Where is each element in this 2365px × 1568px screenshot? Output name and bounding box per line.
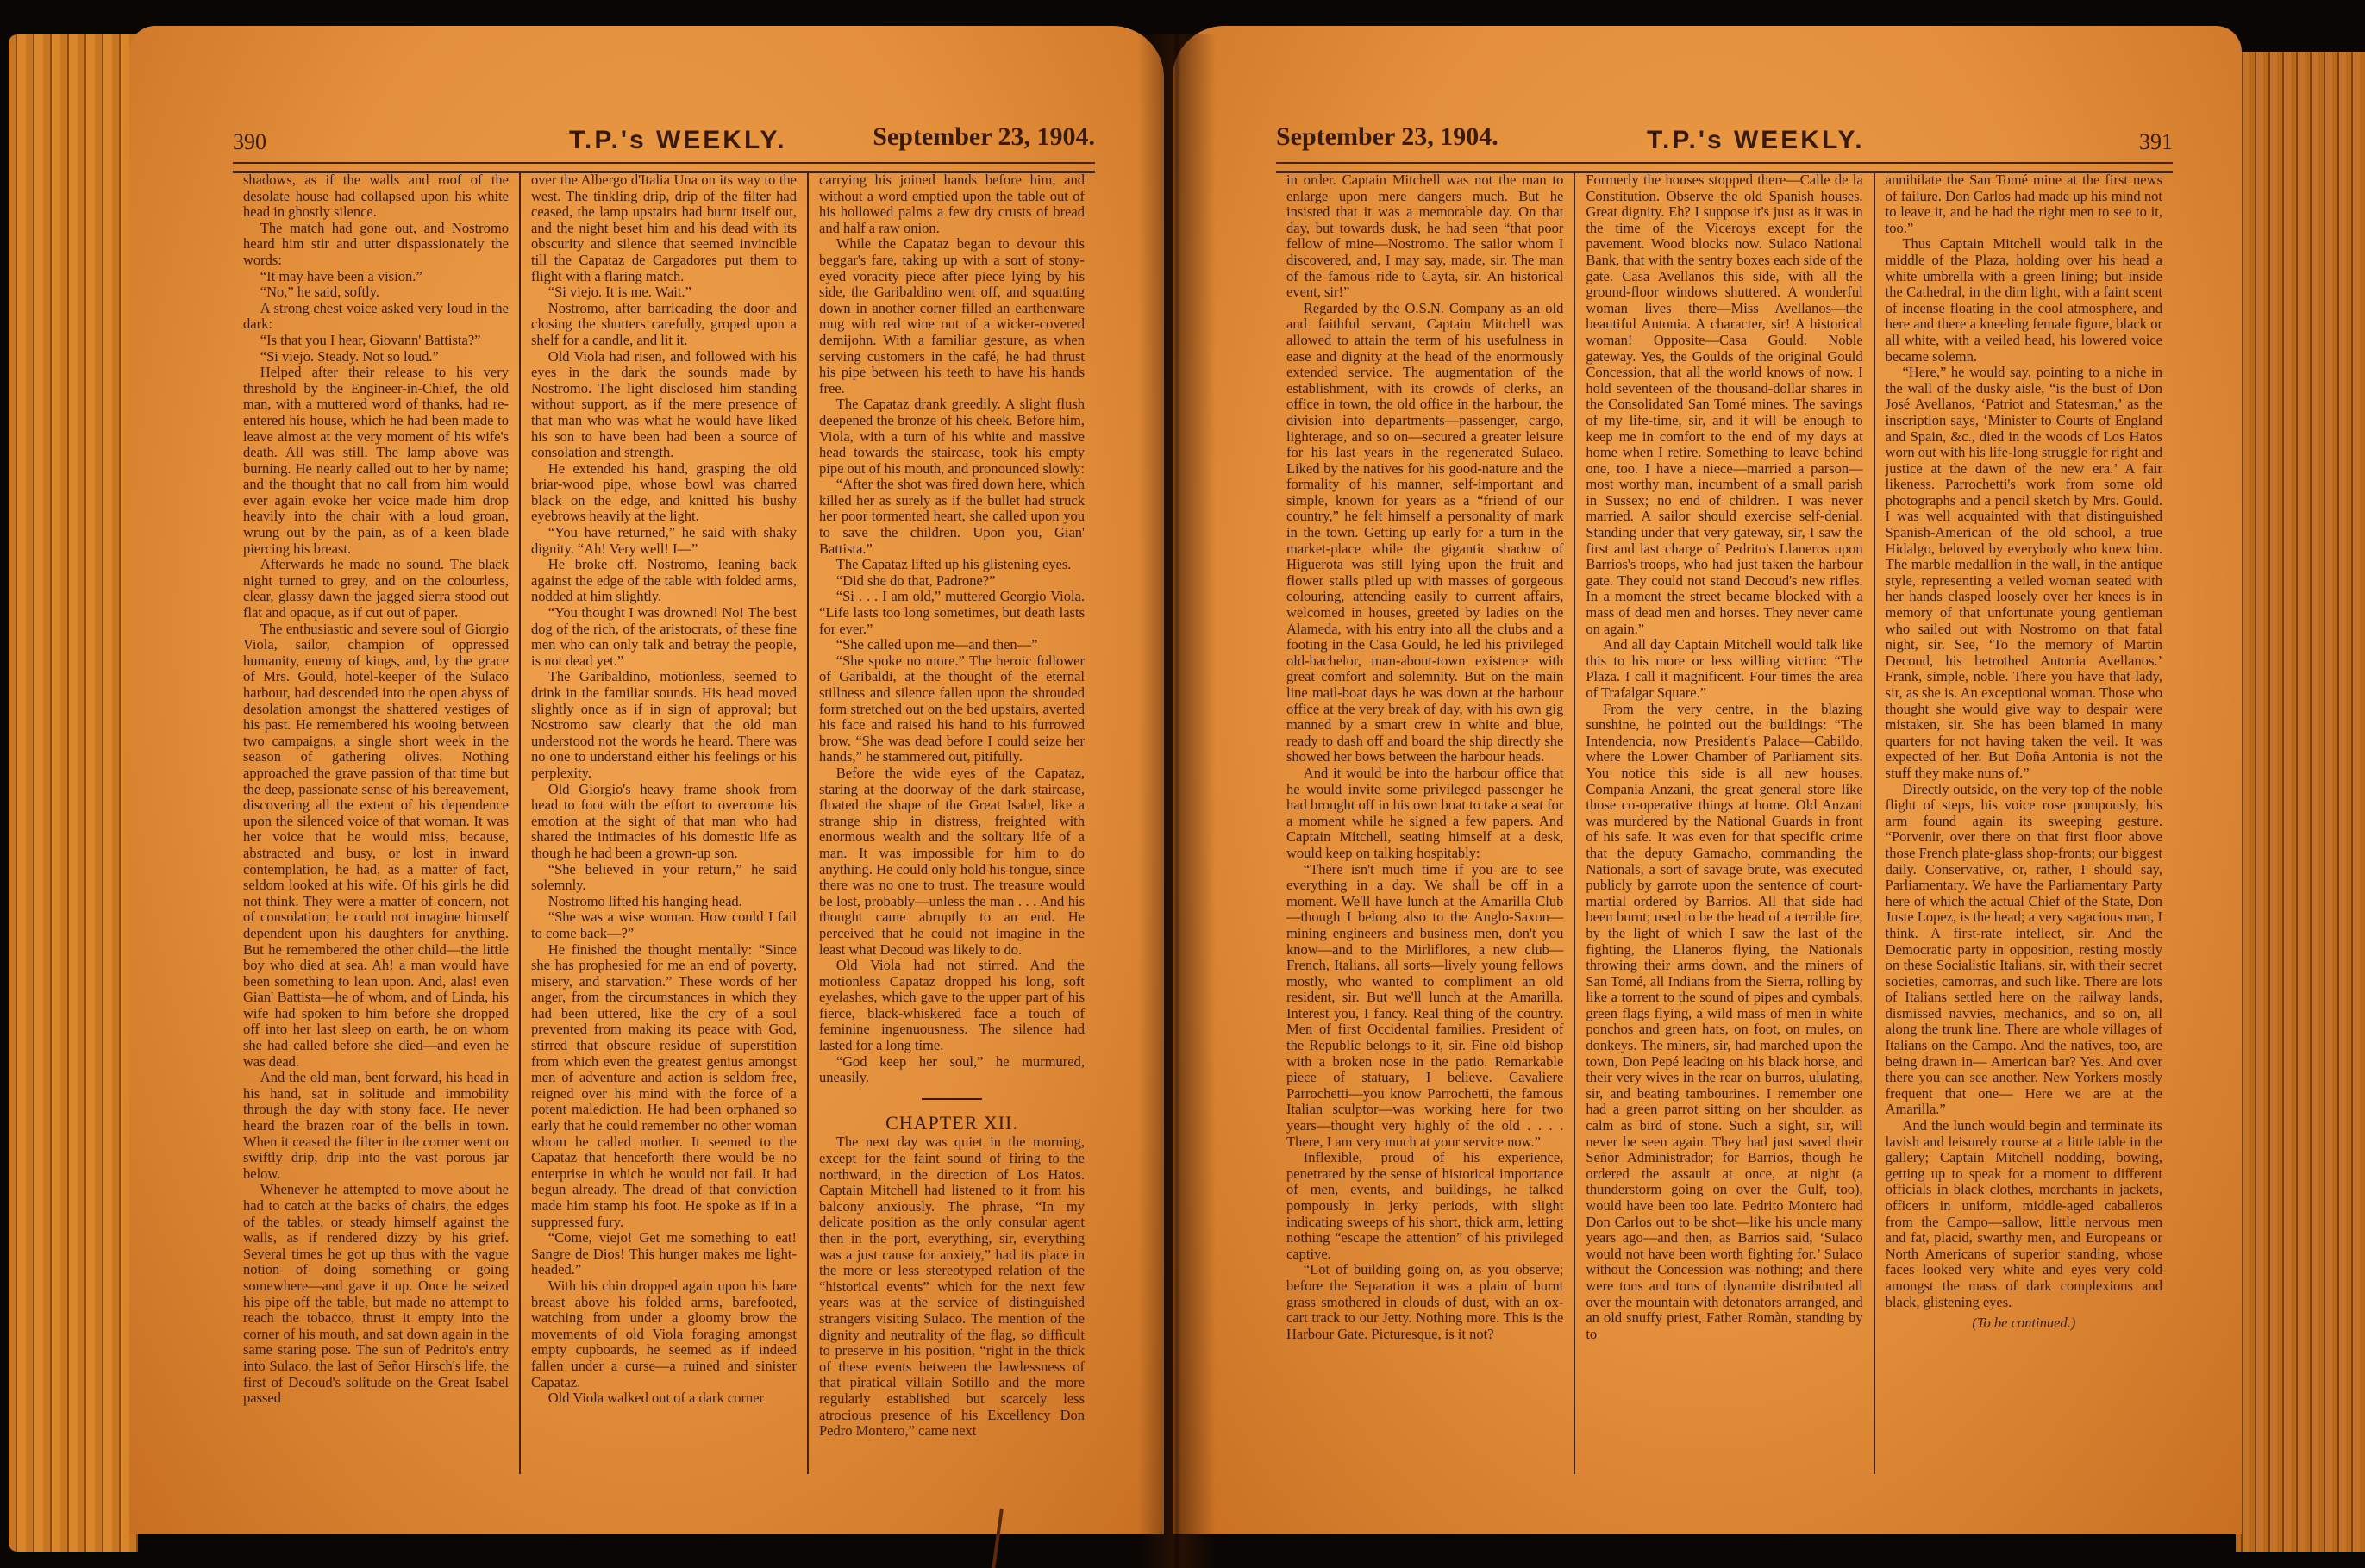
paragraph: Directly outside, on the very top of the… [1886, 782, 2162, 1118]
page-number: 390 [233, 129, 266, 155]
text-column: in order. Captain Mitchell was not the m… [1276, 172, 1574, 1474]
paragraph: The next day was quiet in the morning, e… [819, 1134, 1085, 1439]
paragraph: “She called upon me—and then—” [819, 637, 1085, 653]
right-page: September 23, 1904. T.P.'s WEEKLY. 391 i… [1173, 26, 2242, 1534]
paragraph: He extended his hand, grasping the old b… [531, 461, 797, 525]
paragraph: “Si viejo. Steady. Not so loud.” [243, 349, 509, 365]
right-page-edges [2236, 52, 2365, 1552]
paragraph: “God keep her soul,” he murmured, uneasi… [819, 1054, 1085, 1086]
paragraph: Before the wide eyes of the Capataz, sta… [819, 765, 1085, 958]
paragraph: Old Viola had not stirred. And the motio… [819, 958, 1085, 1054]
paragraph: And the lunch would begin and terminate … [1886, 1118, 2162, 1310]
paragraph: Formerly the houses stopped there—Calle … [1586, 172, 1862, 637]
paragraph: “Is that you I hear, Giovann' Battista?” [243, 333, 509, 349]
paragraph: carrying his joined hands before him, an… [819, 172, 1085, 236]
paragraph: “It may have been a vision.” [243, 269, 509, 285]
paragraph: “Did she do that, Padrone?” [819, 573, 1085, 590]
paragraph: And it would be into the harbour office … [1286, 765, 1563, 862]
paragraph: Regarded by the O.S.N. Company as an old… [1286, 301, 1563, 765]
paragraph: Nostromo, after barricading the door and… [531, 301, 797, 349]
publication-title: T.P.'s WEEKLY. [1647, 126, 1865, 155]
paragraph: “She believed in your return,” he said s… [531, 862, 797, 894]
paragraph: shadows, as if the walls and roof of the… [243, 172, 509, 221]
left-page-columns: shadows, as if the walls and roof of the… [233, 172, 1095, 1474]
paragraph: “Si . . . I am old,” muttered Georgio Vi… [819, 589, 1085, 637]
paragraph: He broke off. Nostromo, leaning back aga… [531, 557, 797, 605]
left-page: 390 T.P.'s WEEKLY. September 23, 1904. s… [129, 26, 1164, 1534]
paragraph: Thus Captain Mitchell would talk in the … [1886, 236, 2162, 365]
paragraph: Old Viola walked out of a dark corner [531, 1390, 797, 1407]
paragraph: The enthusiastic and severe soul of Gior… [243, 622, 509, 1071]
paragraph: “Lot of building going on, as you observ… [1286, 1262, 1563, 1342]
paragraph: He finished the thought mentally: “Since… [531, 942, 797, 1231]
paragraph: “She spoke no more.” The heroic follower… [819, 653, 1085, 765]
paragraph: A strong chest voice asked very loud in … [243, 301, 509, 333]
paragraph: “She was a wise woman. How could I fail … [531, 909, 797, 941]
text-column: shadows, as if the walls and roof of the… [233, 172, 519, 1474]
chapter-heading: CHAPTER XII. [819, 1115, 1085, 1132]
paragraph: The Capataz lifted up his glistening eye… [819, 557, 1085, 573]
chapter-divider [922, 1098, 982, 1100]
paragraph: And all day Captain Mitchell would talk … [1586, 637, 1862, 701]
paragraph: “Come, viejo! Get me something to eat! S… [531, 1230, 797, 1278]
paragraph: “Si viejo. It is me. Wait.” [531, 284, 797, 301]
text-column: Formerly the houses stopped there—Calle … [1574, 172, 1873, 1474]
paragraph: “You thought I was drowned! No! The best… [531, 605, 797, 669]
paragraph: And the old man, bent forward, his head … [243, 1070, 509, 1182]
left-page-edges [9, 34, 138, 1552]
issue-date: September 23, 1904. [1276, 122, 1498, 152]
paragraph: Afterwards he made no sound. The black n… [243, 557, 509, 621]
paragraph: The Garibaldino, motionless, seemed to d… [531, 669, 797, 781]
paragraph: over the Albergo d'Italia Una on its way… [531, 172, 797, 284]
page-number: 391 [2139, 129, 2173, 155]
paragraph: “No,” he said, softly. [243, 284, 509, 301]
paragraph: “Here,” he would say, pointing to a nich… [1886, 365, 2162, 781]
paragraph: The match had gone out, and Nostromo hea… [243, 221, 509, 269]
text-column: over the Albergo d'Italia Una on its way… [519, 172, 807, 1474]
right-page-header: September 23, 1904. T.P.'s WEEKLY. 391 [1276, 121, 2173, 155]
text-column: carrying his joined hands before him, an… [807, 172, 1095, 1474]
paragraph: Whenever he attempted to move about he h… [243, 1182, 509, 1406]
text-column: annihilate the San Tomé mine at the firs… [1874, 172, 2173, 1474]
paragraph: “After the shot was fired down here, whi… [819, 477, 1085, 557]
paragraph: Inflexible, proud of his experience, pen… [1286, 1150, 1563, 1262]
paragraph: Old Viola had risen, and followed with h… [531, 349, 797, 461]
paragraph: Old Giorgio's heavy frame shook from hea… [531, 782, 797, 862]
book-gutter [1138, 34, 1216, 1568]
paragraph: annihilate the San Tomé mine at the firs… [1886, 172, 2162, 236]
paragraph: While the Capataz began to devour this b… [819, 236, 1085, 397]
paragraph: Nostromo lifted his hanging head. [531, 894, 797, 910]
paragraph: in order. Captain Mitchell was not the m… [1286, 172, 1563, 301]
publication-title: T.P.'s WEEKLY. [569, 126, 787, 155]
left-page-header: 390 T.P.'s WEEKLY. September 23, 1904. [233, 121, 1095, 155]
paragraph: “There isn't much time if you are to see… [1286, 862, 1563, 1151]
paragraph: “You have returned,” he said with shaky … [531, 525, 797, 557]
paragraph: From the very centre, in the blazing sun… [1586, 702, 1862, 1343]
paragraph: The Capataz drank greedily. A slight flu… [819, 397, 1085, 477]
to-be-continued-note: (To be continued.) [1886, 1315, 2162, 1332]
paragraph: With his chin dropped again upon his bar… [531, 1278, 797, 1390]
right-page-columns: in order. Captain Mitchell was not the m… [1276, 172, 2173, 1474]
open-bound-volume: 390 T.P.'s WEEKLY. September 23, 1904. s… [0, 0, 2365, 1568]
issue-date: September 23, 1904. [873, 122, 1095, 152]
paragraph: Helped after their release to his very t… [243, 365, 509, 557]
